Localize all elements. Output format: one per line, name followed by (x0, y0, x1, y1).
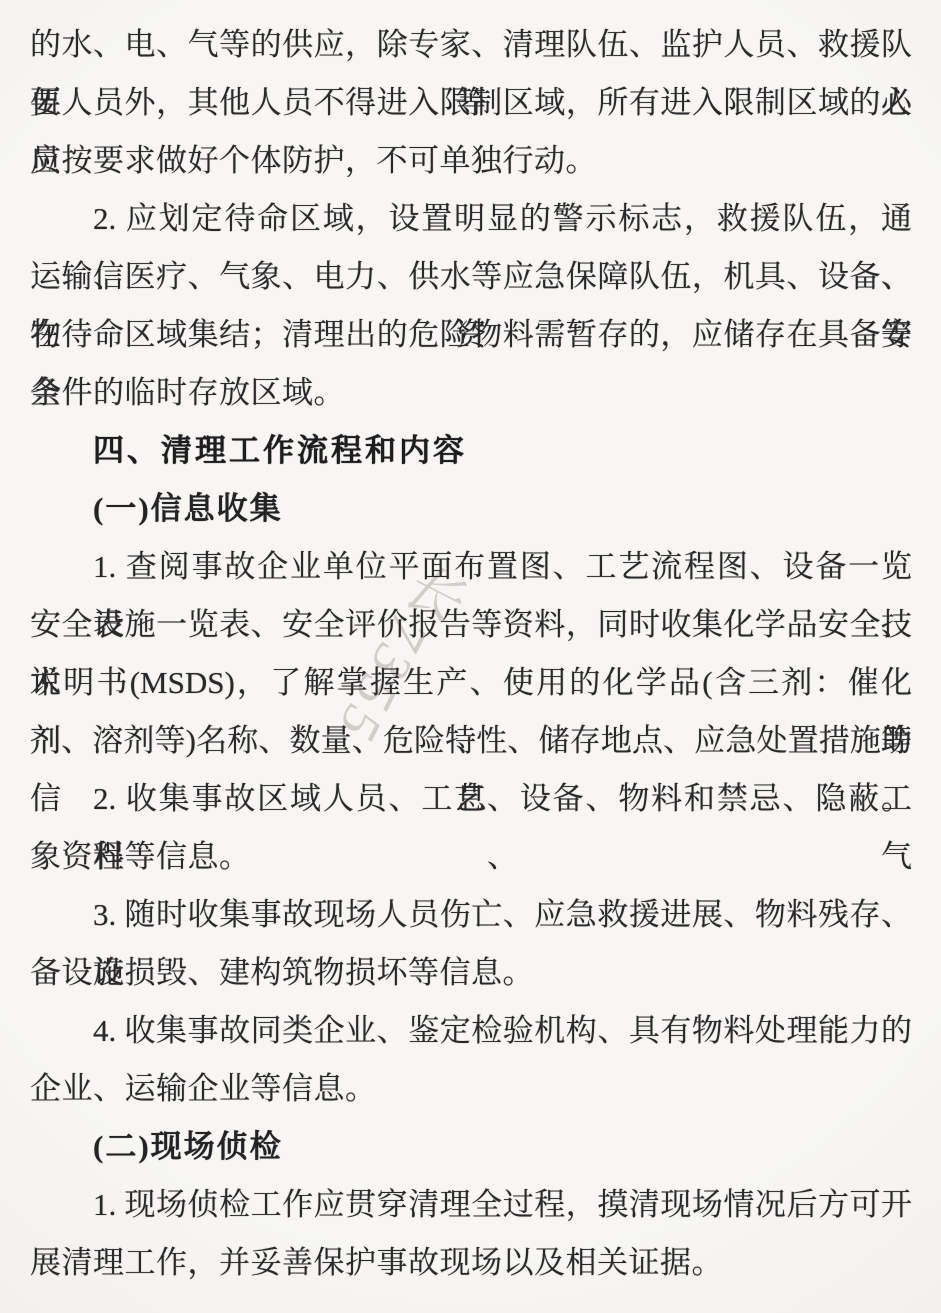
section-heading: 四、清理工作流程和内容 (30, 422, 912, 480)
text-line: 3. 随时收集事故现场人员伤亡、应急救援进展、物料残存、设 (30, 886, 912, 944)
text-line: 1. 查阅事故企业单位平面布置图、工艺流程图、设备一览表、 (30, 538, 912, 596)
document-page: 长7355 的水、电、气等的供应，除专家、清理队伍、监护人员、救援队伍等必 要人… (0, 0, 941, 1313)
text-line: 说明书(MSDS)，了解掌握生产、使用的化学品(含三剂：催化剂、助 (30, 654, 912, 712)
text-line: 2. 收集事故区域人员、工艺、设备、物料和禁忌、隐蔽工程、气 (30, 770, 912, 828)
text-line: 备设施损毁、建构筑物损坏等信息。 (30, 944, 912, 1002)
text-line: 条件的临时存放区域。 (30, 364, 912, 422)
subsection-heading: (二)现场侦检 (30, 1118, 912, 1176)
text-line: 运输、医疗、气象、电力、供水等应急保障队伍，机具、设备、物资等 (30, 248, 912, 306)
text-line: 1. 现场侦检工作应贯穿清理全过程，摸清现场情况后方可开 (30, 1176, 912, 1234)
text-line: 剂、溶剂等)名称、数量、危险特性、储存地点、应急处置措施等信息。 (30, 712, 912, 770)
text-line: 应按要求做好个体防护，不可单独行动。 (30, 132, 912, 190)
text-line: 4. 收集事故同类企业、鉴定检验机构、具有物料处理能力的 (30, 1002, 912, 1060)
text-line: 的水、电、气等的供应，除专家、清理队伍、监护人员、救援队伍等必 (30, 16, 912, 74)
text-line: 安全设施一览表、安全评价报告等资料，同时收集化学品安全技术 (30, 596, 912, 654)
text-line: 展清理工作，并妥善保护事故现场以及相关证据。 (30, 1234, 912, 1292)
text-line: 企业、运输企业等信息。 (30, 1060, 912, 1118)
text-line: 2. 应划定待命区域，设置明显的警示标志，救援队伍，通信、 (30, 190, 912, 248)
text-line: 在待命区域集结；清理出的危险物料需暂存的，应储存在具备安全 (30, 306, 912, 364)
subsection-heading: (一)信息收集 (30, 480, 912, 538)
text-line: 象资料等信息。 (30, 828, 912, 886)
text-line: 要人员外，其他人员不得进入限制区域，所有进入限制区域的人员 (30, 74, 912, 132)
